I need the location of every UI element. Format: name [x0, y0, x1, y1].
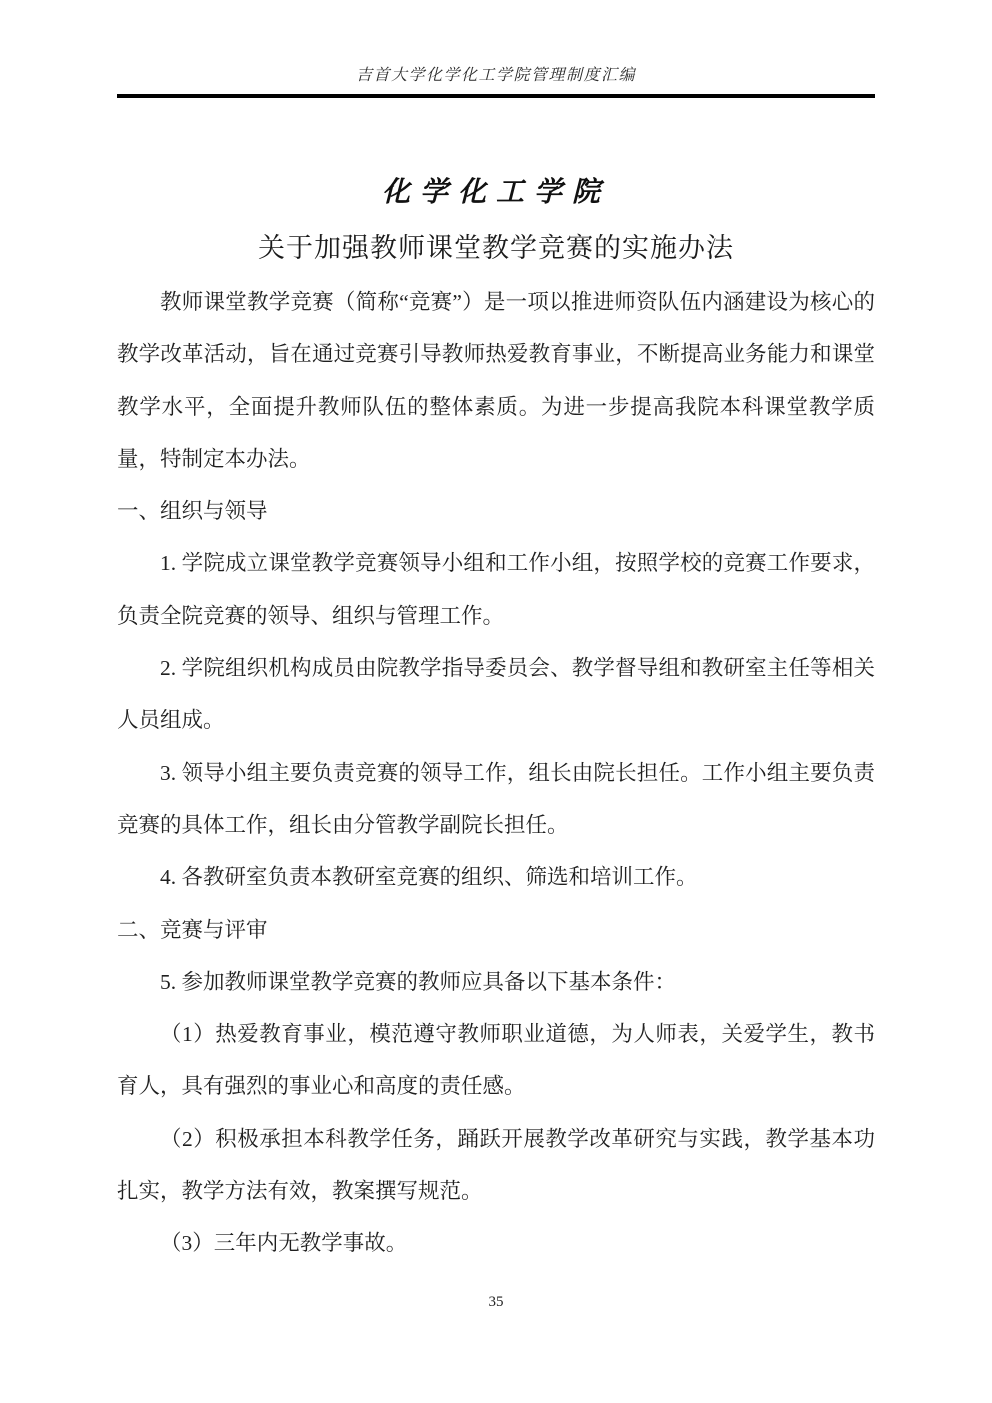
- document-body: 教师课堂教学竞赛（简称“竞赛”）是一项以推进师资队伍内涵建设为核心的教学改革活动…: [117, 276, 875, 1270]
- paragraph: 2. 学院组织机构成员由院教学指导委员会、教学督导组和教研室主任等相关人员组成。: [117, 642, 875, 747]
- organization-title: 化学化工学院: [0, 170, 992, 210]
- paragraph: 1. 学院成立课堂教学竞赛领导小组和工作小组，按照学校的竞赛工作要求，负责全院竞…: [117, 537, 875, 642]
- section-heading: 一、组织与领导: [117, 485, 875, 537]
- paragraph: 4. 各教研室负责本教研室竞赛的组织、筛选和培训工作。: [117, 851, 875, 903]
- paragraph: 3. 领导小组主要负责竞赛的领导工作，组长由院长担任。工作小组主要负责竞赛的具体…: [117, 747, 875, 852]
- paragraph: （2）积极承担本科教学任务，踊跃开展教学改革研究与实践，教学基本功扎实，教学方法…: [117, 1113, 875, 1218]
- paragraph: （3）三年内无教学事故。: [117, 1217, 875, 1269]
- section-heading: 二、竞赛与评审: [117, 904, 875, 956]
- header-rule: [117, 94, 875, 98]
- page-number: 35: [0, 1294, 992, 1311]
- document-title: 关于加强教师课堂教学竞赛的实施办法: [0, 226, 992, 265]
- running-header: 吉首大学化学化工学院管理制度汇编: [0, 62, 992, 85]
- paragraph: 教师课堂教学竞赛（简称“竞赛”）是一项以推进师资队伍内涵建设为核心的教学改革活动…: [117, 276, 875, 485]
- document-page: 吉首大学化学化工学院管理制度汇编 化学化工学院 关于加强教师课堂教学竞赛的实施办…: [0, 0, 992, 1403]
- paragraph: （1）热爱教育事业，模范遵守教师职业道德，为人师表，关爱学生，教书育人，具有强烈…: [117, 1008, 875, 1113]
- paragraph: 5. 参加教师课堂教学竞赛的教师应具备以下基本条件：: [117, 956, 875, 1008]
